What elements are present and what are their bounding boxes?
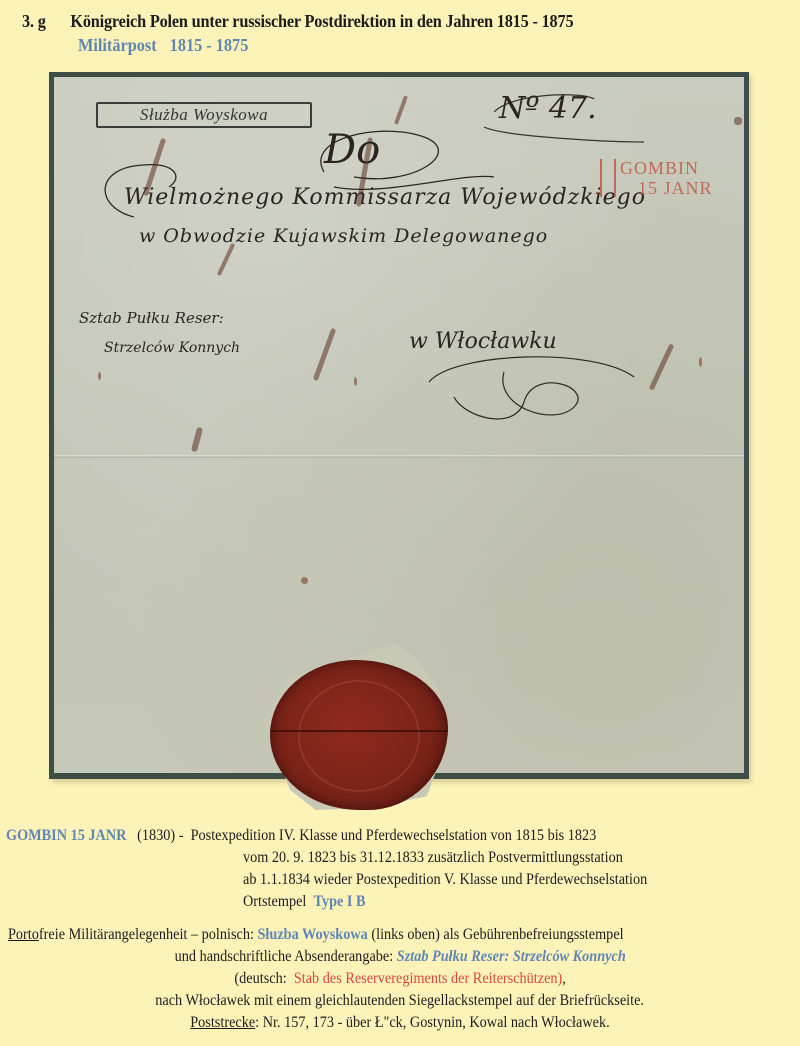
p2-text: freie Militärangelegenheit – polnisch:	[39, 926, 254, 943]
p2-text: und handschriftliche Absenderangabe:	[174, 948, 393, 965]
p2-text: nach Włocławek mit einem gleichlautenden…	[156, 992, 645, 1010]
caption-text-1: Postexpedition IV. Klasse und Pferdewech…	[191, 827, 597, 844]
greeting-do: Do	[324, 127, 380, 173]
wax-seal	[270, 660, 448, 810]
speck	[98, 372, 101, 380]
ink-stain	[217, 243, 235, 276]
caption-line-3: ab 1.1.1834 wieder Postexpedition V. Kla…	[243, 871, 647, 889]
speck	[301, 577, 308, 584]
caption-line-1: GOMBIN 15 JANR (1830) - Postexpedition I…	[6, 827, 596, 845]
title-text: Königreich Polen unter russischer Postdi…	[70, 11, 573, 31]
speck	[699, 357, 702, 367]
german-translation: Stab des Reserveregiments der Reiterschü…	[294, 970, 562, 987]
speck	[354, 377, 357, 386]
caption-p2-line-2: und handschriftliche Absenderangabe: Szt…	[0, 948, 800, 966]
p2-text: (links oben) als Gebührenbefreiungsstemp…	[371, 926, 623, 943]
porto-underlined: Porto	[8, 926, 39, 943]
address-line-2: w Obwodzie Kujawskim Delegowanego	[139, 225, 548, 247]
p2-text: ,	[562, 970, 566, 987]
postmark-date: 15 JANR	[638, 179, 713, 197]
ink-stain	[191, 427, 203, 453]
destination-flourish	[424, 347, 664, 437]
subtitle-text: Militärpost	[78, 35, 157, 55]
sluzba-woyskowa-stamp: Służba Woyskowa	[96, 102, 312, 128]
poststrecke-underlined: Poststrecke	[190, 1014, 255, 1031]
sender-line-1: Sztab Pułku Reser:	[79, 309, 224, 327]
ink-stain	[313, 328, 337, 381]
seal-ring	[298, 680, 420, 792]
caption-p2-line-1: Portofreie Militärangelegenheit – polnis…	[8, 926, 624, 944]
stamp-year: (1830) -	[137, 827, 183, 844]
caption-p2-line-4: nach Włocławek mit einem gleichlautenden…	[0, 992, 800, 1010]
caption-p2-line-3: (deutsch: Stab des Reserveregiments der …	[0, 970, 800, 988]
ortstempel-label: Ortstempel	[243, 893, 306, 910]
sender-ref: Sztab Pułku Reser: Strzelców Konnych	[397, 948, 626, 965]
postmark-town: GOMBIN	[620, 159, 699, 177]
ink-stain	[734, 117, 742, 125]
caption-line-4: Ortstempel Type I B	[243, 893, 366, 911]
stamp-type: Type I B	[313, 893, 365, 910]
page-title: 3. gKönigreich Polen unter russischer Po…	[22, 11, 573, 32]
caption-p2-line-5: Poststrecke: Nr. 157, 173 - über Ł"ck, G…	[0, 1014, 800, 1032]
postmark-bars	[600, 159, 616, 197]
subtitle-years: 1815 - 1875	[170, 35, 249, 55]
page-subtitle: Militärpost1815 - 1875	[78, 35, 248, 56]
stamp-name: GOMBIN 15 JANR	[6, 827, 126, 844]
sluzba-woyskowa-ref: Słuzba Woyskowa	[257, 926, 367, 943]
p2-text: (deutsch:	[234, 970, 286, 987]
fold-line	[54, 455, 744, 458]
seal-crack	[270, 730, 448, 732]
address-line-1: Wielmożnego Kommissarza Wojewódzkiego	[124, 185, 646, 210]
section-number: 3. g	[22, 11, 70, 32]
sender-line-2: Strzelców Konnych	[104, 340, 240, 356]
route-text: : Nr. 157, 173 - über Ł"ck, Gostynin, Ko…	[255, 1014, 609, 1031]
caption-line-2: vom 20. 9. 1823 bis 31.12.1833 zusätzlic…	[243, 849, 623, 867]
